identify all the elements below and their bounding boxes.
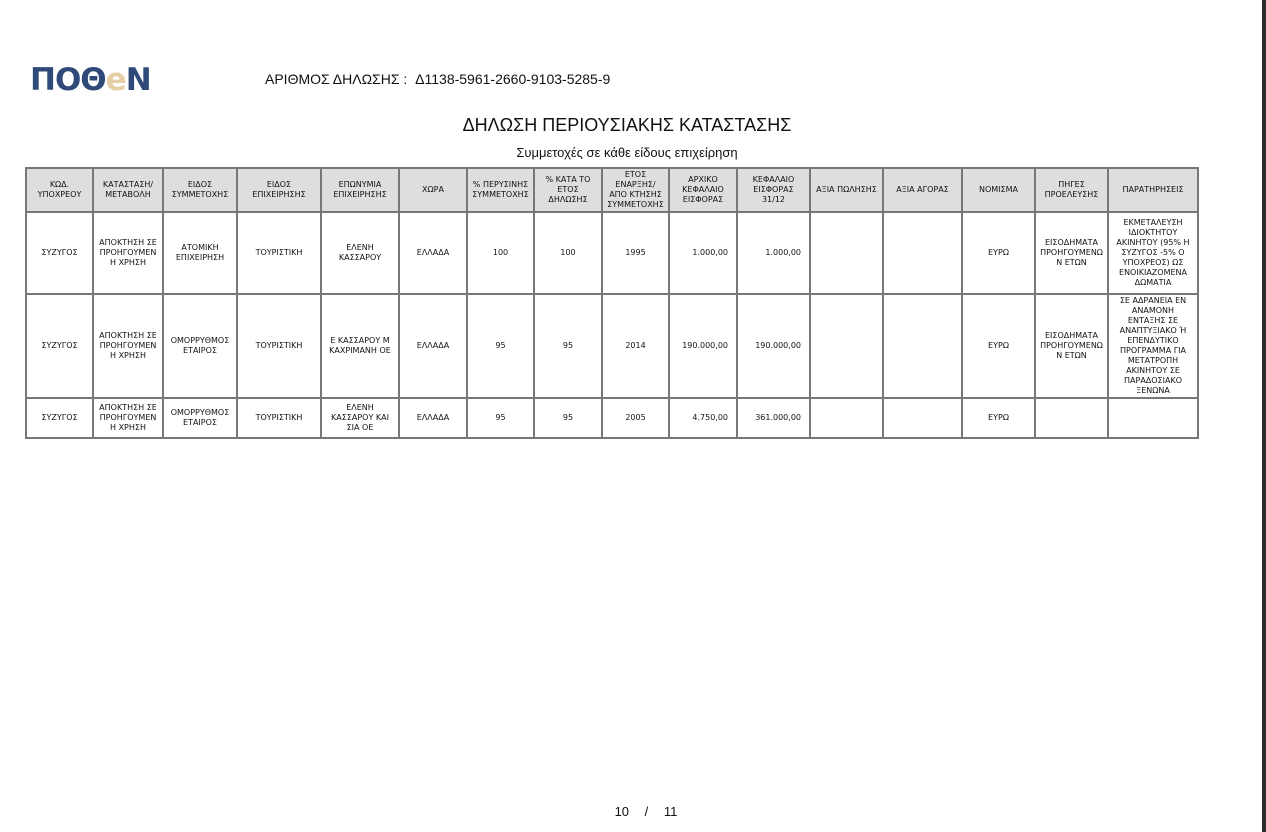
table-cell: 95 (534, 294, 602, 398)
table-cell: ΟΜΟΡΡΥΘΜΟΣ ΕΤΑΙΡΟΣ (163, 398, 237, 438)
table-cell: ΕΙΣΟΔΗΜΑΤΑ ΠΡΟΗΓΟΥΜΕΝΩ Ν ΕΤΩΝ (1035, 212, 1108, 294)
table-cell: 2014 (602, 294, 669, 398)
table-cell: Ε ΚΑΣΣΑΡΟΥ Μ ΚΑΧΡΙΜΑΝΗ ΟΕ (321, 294, 399, 398)
table-cell: ΑΤΟΜΙΚΗ ΕΠΙΧΕΙΡΗΣΗ (163, 212, 237, 294)
table-cell: 361.000,00 (737, 398, 810, 438)
declaration-label: ΑΡΙΘΜΟΣ ΔΗΛΩΣΗΣ : (265, 71, 407, 87)
table-cell: 100 (467, 212, 534, 294)
table-cell: 2005 (602, 398, 669, 438)
table-cell: ΤΟΥΡΙΣΤΙΚΗ (237, 212, 321, 294)
table-cell: ΣΕ ΑΔΡΑΝΕΙΑ ΕΝ ΑΝΑΜΟΝΗ ΕΝΤΑΞΗΣ ΣΕ ΑΝΑΠΤΥ… (1108, 294, 1198, 398)
column-header: % ΠΕΡΥΣΙΝΗΣ ΣΥΜΜΕΤΟΧΗΣ (467, 168, 534, 212)
table-cell: 4.750,00 (669, 398, 737, 438)
logo-accent-letter: e (106, 62, 126, 98)
page-indicator: 10 / 11 (0, 804, 1266, 819)
table-cell: 1.000,00 (669, 212, 737, 294)
table-cell: ΕΙΣΟΔΗΜΑΤΑ ΠΡΟΗΓΟΥΜΕΝΩ Ν ΕΤΩΝ (1035, 294, 1108, 398)
total-pages: 11 (664, 804, 678, 819)
table-cell (1035, 398, 1108, 438)
column-header: ΕΤΟΣ ΕΝΑΡΞΗΣ/ΑΠΟ ΚΤΗΣΗΣ ΣΥΜΜΕΤΟΧΗΣ (602, 168, 669, 212)
declaration-number-value: Δ1138-5961-2660-9103-5285-9 (415, 71, 610, 87)
column-header: ΚΑΤΑΣΤΑΣΗ/ ΜΕΤΑΒΟΛΗ (93, 168, 163, 212)
table-cell: 95 (467, 294, 534, 398)
column-header: ΠΑΡΑΤΗΡΗΣΕΙΣ (1108, 168, 1198, 212)
table-row: ΣΥΖΥΓΟΣΑΠΟΚΤΗΣΗ ΣΕ ΠΡΟΗΓΟΥΜΕΝΗ ΧΡΗΣΗΟΜΟΡ… (26, 398, 1198, 438)
table-cell (1108, 398, 1198, 438)
table-cell: 1995 (602, 212, 669, 294)
table-cell: ΣΥΖΥΓΟΣ (26, 398, 93, 438)
table-cell: ΕΥΡΩ (962, 212, 1035, 294)
table-cell (883, 212, 962, 294)
page-separator: / (645, 804, 649, 819)
table-cell: ΕΛΕΝΗ ΚΑΣΣΑΡΟΥ (321, 212, 399, 294)
pothen-logo: ΠΟΘeΝ (30, 62, 151, 98)
table-cell: ΕΚΜΕΤΑΛΕΥΣΗ ΙΔΙΟΚΤΗΤΟΥ ΑΚΙΝΗΤΟΥ (95% Η Σ… (1108, 212, 1198, 294)
column-header: ΚΩΔ. ΥΠΟΧΡΕΟΥ (26, 168, 93, 212)
table-cell: ΕΥΡΩ (962, 294, 1035, 398)
column-header: ΕΙΔΟΣ ΣΥΜΜΕΤΟΧΗΣ (163, 168, 237, 212)
column-header: ΠΗΓΕΣ ΠΡΟΕΛΕΥΣΗΣ (1035, 168, 1108, 212)
table-cell: ΣΥΖΥΓΟΣ (26, 212, 93, 294)
table-cell: 1.000,00 (737, 212, 810, 294)
table-cell: ΕΥΡΩ (962, 398, 1035, 438)
table-row: ΣΥΖΥΓΟΣΑΠΟΚΤΗΣΗ ΣΕ ΠΡΟΗΓΟΥΜΕΝΗ ΧΡΗΣΗΑΤΟΜ… (26, 212, 1198, 294)
table-cell: 95 (467, 398, 534, 438)
column-header: % ΚΑΤΑ ΤΟ ΕΤΟΣ ΔΗΛΩΣΗΣ (534, 168, 602, 212)
column-header: ΑΡΧΙΚΟ ΚΕΦΑΛΑΙΟ ΕΙΣΦΟΡΑΣ (669, 168, 737, 212)
table-cell: ΤΟΥΡΙΣΤΙΚΗ (237, 294, 321, 398)
table-cell (810, 212, 883, 294)
declaration-number: ΑΡΙΘΜΟΣ ΔΗΛΩΣΗΣ : Δ1138-5961-2660-9103-5… (265, 71, 610, 87)
column-header: ΑΞΙΑ ΠΩΛΗΣΗΣ (810, 168, 883, 212)
table-cell: ΤΟΥΡΙΣΤΙΚΗ (237, 398, 321, 438)
column-header: ΚΕΦΑΛΑΙΟ ΕΙΣΦΟΡΑΣ 31/12 (737, 168, 810, 212)
column-header: ΧΩΡΑ (399, 168, 467, 212)
table-cell (810, 398, 883, 438)
column-header: ΝΟΜΙΣΜΑ (962, 168, 1035, 212)
table-cell: ΟΜΟΡΡΥΘΜΟΣ ΕΤΑΙΡΟΣ (163, 294, 237, 398)
viewer-scrollbar-edge (1262, 0, 1266, 832)
table-cell: ΕΛΛΑΔΑ (399, 294, 467, 398)
table-cell: 100 (534, 212, 602, 294)
table-cell (883, 398, 962, 438)
table-cell: ΑΠΟΚΤΗΣΗ ΣΕ ΠΡΟΗΓΟΥΜΕΝΗ ΧΡΗΣΗ (93, 294, 163, 398)
table-cell: ΑΠΟΚΤΗΣΗ ΣΕ ΠΡΟΗΓΟΥΜΕΝΗ ΧΡΗΣΗ (93, 398, 163, 438)
table-cell: ΣΥΖΥΓΟΣ (26, 294, 93, 398)
document-title: ΔΗΛΩΣΗ ΠΕΡΙΟΥΣΙΑΚΗΣ ΚΑΤΑΣΤΑΣΗΣ (0, 115, 1254, 136)
table-cell: 190.000,00 (669, 294, 737, 398)
column-header: ΕΙΔΟΣ ΕΠΙΧΕΙΡΗΣΗΣ (237, 168, 321, 212)
table-cell: 95 (534, 398, 602, 438)
table-cell: ΕΛΛΑΔΑ (399, 212, 467, 294)
table-cell: ΕΛΕΝΗ ΚΑΣΣΑΡΟΥ ΚΑΙ ΣΙΑ ΟΕ (321, 398, 399, 438)
table-row: ΣΥΖΥΓΟΣΑΠΟΚΤΗΣΗ ΣΕ ΠΡΟΗΓΟΥΜΕΝΗ ΧΡΗΣΗΟΜΟΡ… (26, 294, 1198, 398)
table-cell: ΕΛΛΑΔΑ (399, 398, 467, 438)
table-cell: ΑΠΟΚΤΗΣΗ ΣΕ ΠΡΟΗΓΟΥΜΕΝΗ ΧΡΗΣΗ (93, 212, 163, 294)
column-header: ΕΠΩΝΥΜΙΑ ΕΠΙΧΕΙΡΗΣΗΣ (321, 168, 399, 212)
column-header: ΑΞΙΑ ΑΓΟΡΑΣ (883, 168, 962, 212)
participations-table: ΚΩΔ. ΥΠΟΧΡΕΟΥΚΑΤΑΣΤΑΣΗ/ ΜΕΤΑΒΟΛΗΕΙΔΟΣ ΣΥ… (25, 167, 1199, 439)
table-cell: 190.000,00 (737, 294, 810, 398)
document-subtitle: Συμμετοχές σε κάθε είδους επιχείρηση (0, 145, 1254, 160)
table-cell (810, 294, 883, 398)
current-page: 10 (615, 804, 629, 819)
table-header-row: ΚΩΔ. ΥΠΟΧΡΕΟΥΚΑΤΑΣΤΑΣΗ/ ΜΕΤΑΒΟΛΗΕΙΔΟΣ ΣΥ… (26, 168, 1198, 212)
table-cell (883, 294, 962, 398)
